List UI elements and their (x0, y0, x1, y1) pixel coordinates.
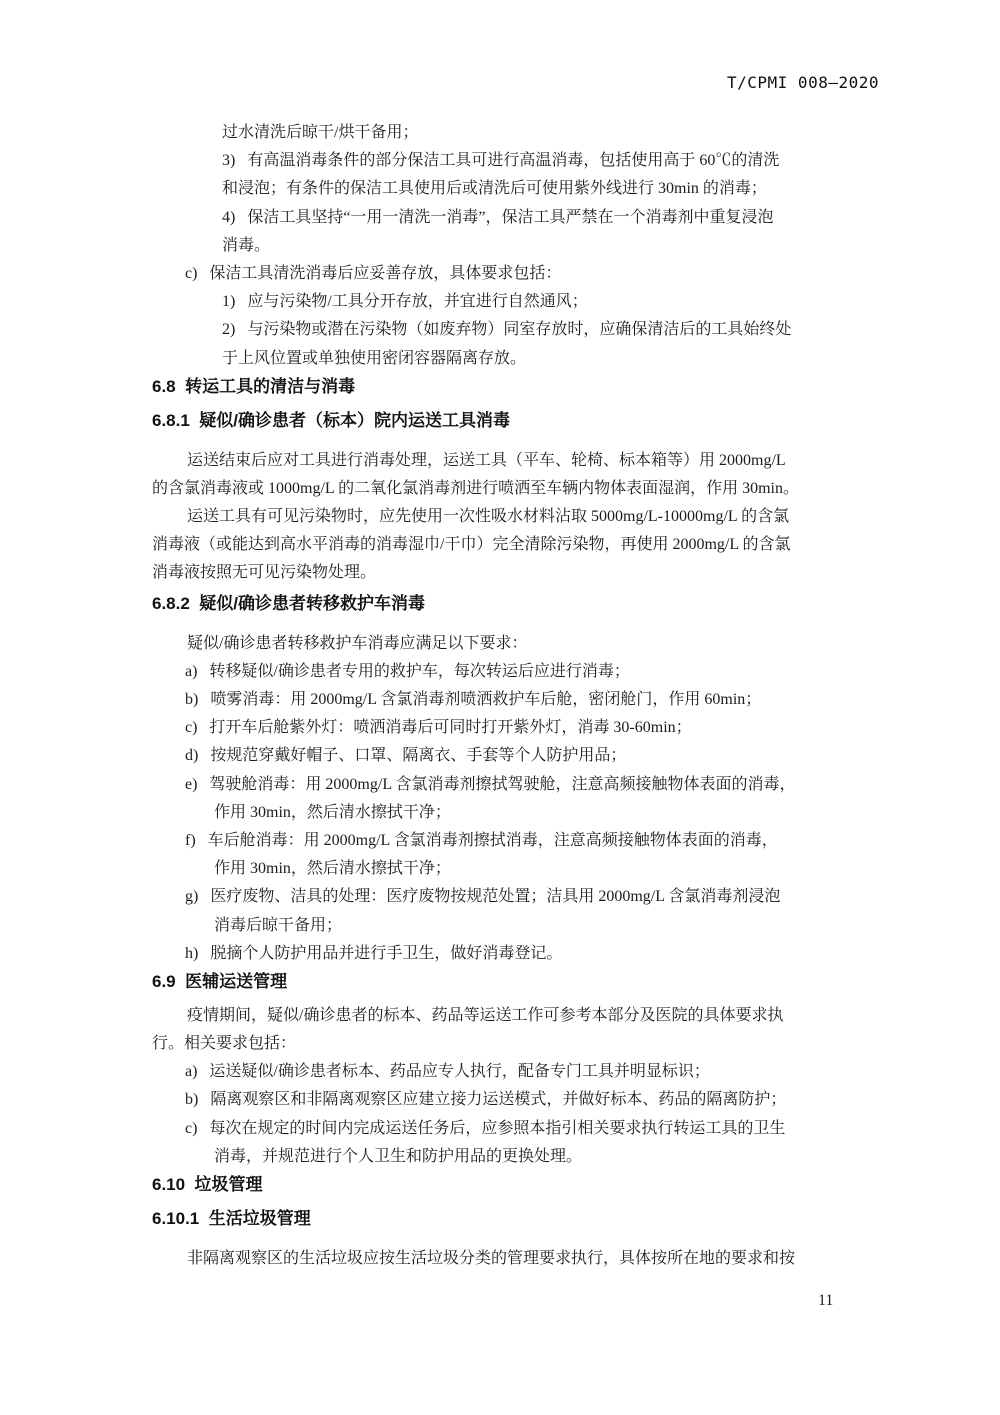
text-line: 消毒液按照无可见污染物处理。 (152, 559, 872, 587)
text-line: 运送结束后应对工具进行消毒处理，运送工具（平车、轮椅、标本箱等）用 2000mg… (187, 447, 872, 475)
text-line: e) 驾驶舱消毒：用 2000mg/L 含氯消毒剂擦拭驾驶舱，注意高频接触物体表… (185, 771, 872, 799)
text-line: 2) 与污染物或潜在污染物（如废弃物）同室存放时，应确保清洁后的工具始终处 (222, 316, 872, 344)
section-heading: 6.10 垃圾管理 (152, 1171, 872, 1199)
text-line: 于上风位置或单独使用密闭容器隔离存放。 (222, 345, 872, 373)
section-heading: 6.8 转运工具的清洁与消毒 (152, 373, 872, 401)
paragraph-block: 非隔离观察区的生活垃圾应按生活垃圾分类的管理要求执行，具体按所在地的要求和按 (152, 1245, 872, 1273)
text-line: c) 每次在规定的时间内完成运送任务后，应参照本指引相关要求执行转运工具的卫生 (185, 1115, 872, 1143)
text-line: 非隔离观察区的生活垃圾应按生活垃圾分类的管理要求执行，具体按所在地的要求和按 (187, 1245, 872, 1273)
document-number-header: T/CPMI 008—2020 (727, 73, 879, 92)
subsection-heading: 6.10.1 生活垃圾管理 (152, 1205, 872, 1233)
text-line: 运送工具有可见污染物时，应先使用一次性吸水材料沾取 5000mg/L-10000… (187, 503, 872, 531)
text-line: 的含氯消毒液或 1000mg/L 的二氧化氯消毒剂进行喷洒至车辆内物体表面湿润，… (152, 475, 872, 503)
text-line: f) 车后舱消毒：用 2000mg/L 含氯消毒剂擦拭消毒，注意高频接触物体表面… (185, 827, 872, 855)
text-line: a) 转移疑似/确诊患者专用的救护车，每次转运后应进行消毒； (185, 658, 872, 686)
text-line: a) 运送疑似/确诊患者标本、药品应专人执行，配备专门工具并明显标识； (185, 1058, 872, 1086)
text-line: 行。相关要求包括： (152, 1030, 872, 1058)
text-line: 4) 保洁工具坚持“一用一清洗一消毒”，保洁工具严禁在一个消毒剂中重复浸泡 (222, 204, 872, 232)
text-line: 疫情期间，疑似/确诊患者的标本、药品等运送工作可参考本部分及医院的具体要求执 (187, 1002, 872, 1030)
text-line: 消毒液（或能达到高水平消毒的消毒湿巾/干巾）完全清除污染物，再使用 2000mg… (152, 531, 872, 559)
paragraph-block: 疫情期间，疑似/确诊患者的标本、药品等运送工作可参考本部分及医院的具体要求执行。… (152, 1002, 872, 1171)
text-line: h) 脱摘个人防护用品并进行手卫生，做好消毒登记。 (185, 940, 872, 968)
text-line: d) 按规范穿戴好帽子、口罩、隔离衣、手套等个人防护用品； (185, 742, 872, 770)
text-line: c) 打开车后舱紫外灯：喷洒消毒后可同时打开紫外灯，消毒 30-60min； (185, 714, 872, 742)
text-line: c) 保洁工具清洗消毒后应妥善存放，具体要求包括： (185, 260, 872, 288)
paragraph-block: 运送结束后应对工具进行消毒处理，运送工具（平车、轮椅、标本箱等）用 2000mg… (152, 447, 872, 588)
text-line: 1) 应与污染物/工具分开存放，并宜进行自然通风； (222, 288, 872, 316)
text-line: 和浸泡；有条件的保洁工具使用后或清洗后可使用紫外线进行 30min 的消毒； (222, 175, 872, 203)
page-number: 11 (818, 1292, 833, 1310)
text-line: 消毒，并规范进行个人卫生和防护用品的更换处理。 (214, 1143, 872, 1171)
text-line: 疑似/确诊患者转移救护车消毒应满足以下要求： (187, 630, 872, 658)
paragraph-block: 过水清洗后晾干/烘干备用；3) 有高温消毒条件的部分保洁工具可进行高温消毒，包括… (152, 119, 872, 373)
text-line: b) 隔离观察区和非隔离观察区应建立接力运送模式，并做好标本、药品的隔离防护； (185, 1086, 872, 1114)
text-line: 3) 有高温消毒条件的部分保洁工具可进行高温消毒，包括使用高于 60℃的清洗 (222, 147, 872, 175)
document-body: 过水清洗后晾干/烘干备用；3) 有高温消毒条件的部分保洁工具可进行高温消毒，包括… (152, 119, 872, 1273)
subsection-heading: 6.8.2 疑似/确诊患者转移救护车消毒 (152, 590, 872, 618)
document-page: T/CPMI 008—2020 过水清洗后晾干/烘干备用；3) 有高温消毒条件的… (0, 0, 1000, 1415)
text-line: 作用 30min，然后清水擦拭干净； (214, 799, 872, 827)
text-line: 消毒后晾干备用； (214, 912, 872, 940)
text-line: 过水清洗后晾干/烘干备用； (222, 119, 872, 147)
section-heading: 6.9 医辅运送管理 (152, 968, 872, 996)
text-line: g) 医疗废物、洁具的处理：医疗废物按规范处置；洁具用 2000mg/L 含氯消… (185, 883, 872, 911)
paragraph-block: 疑似/确诊患者转移救护车消毒应满足以下要求：a) 转移疑似/确诊患者专用的救护车… (152, 630, 872, 968)
text-line: 作用 30min，然后清水擦拭干净； (214, 855, 872, 883)
text-line: 消毒。 (222, 232, 872, 260)
text-line: b) 喷雾消毒：用 2000mg/L 含氯消毒剂喷洒救护车后舱，密闭舱门，作用 … (185, 686, 872, 714)
subsection-heading: 6.8.1 疑似/确诊患者（标本）院内运送工具消毒 (152, 407, 872, 435)
